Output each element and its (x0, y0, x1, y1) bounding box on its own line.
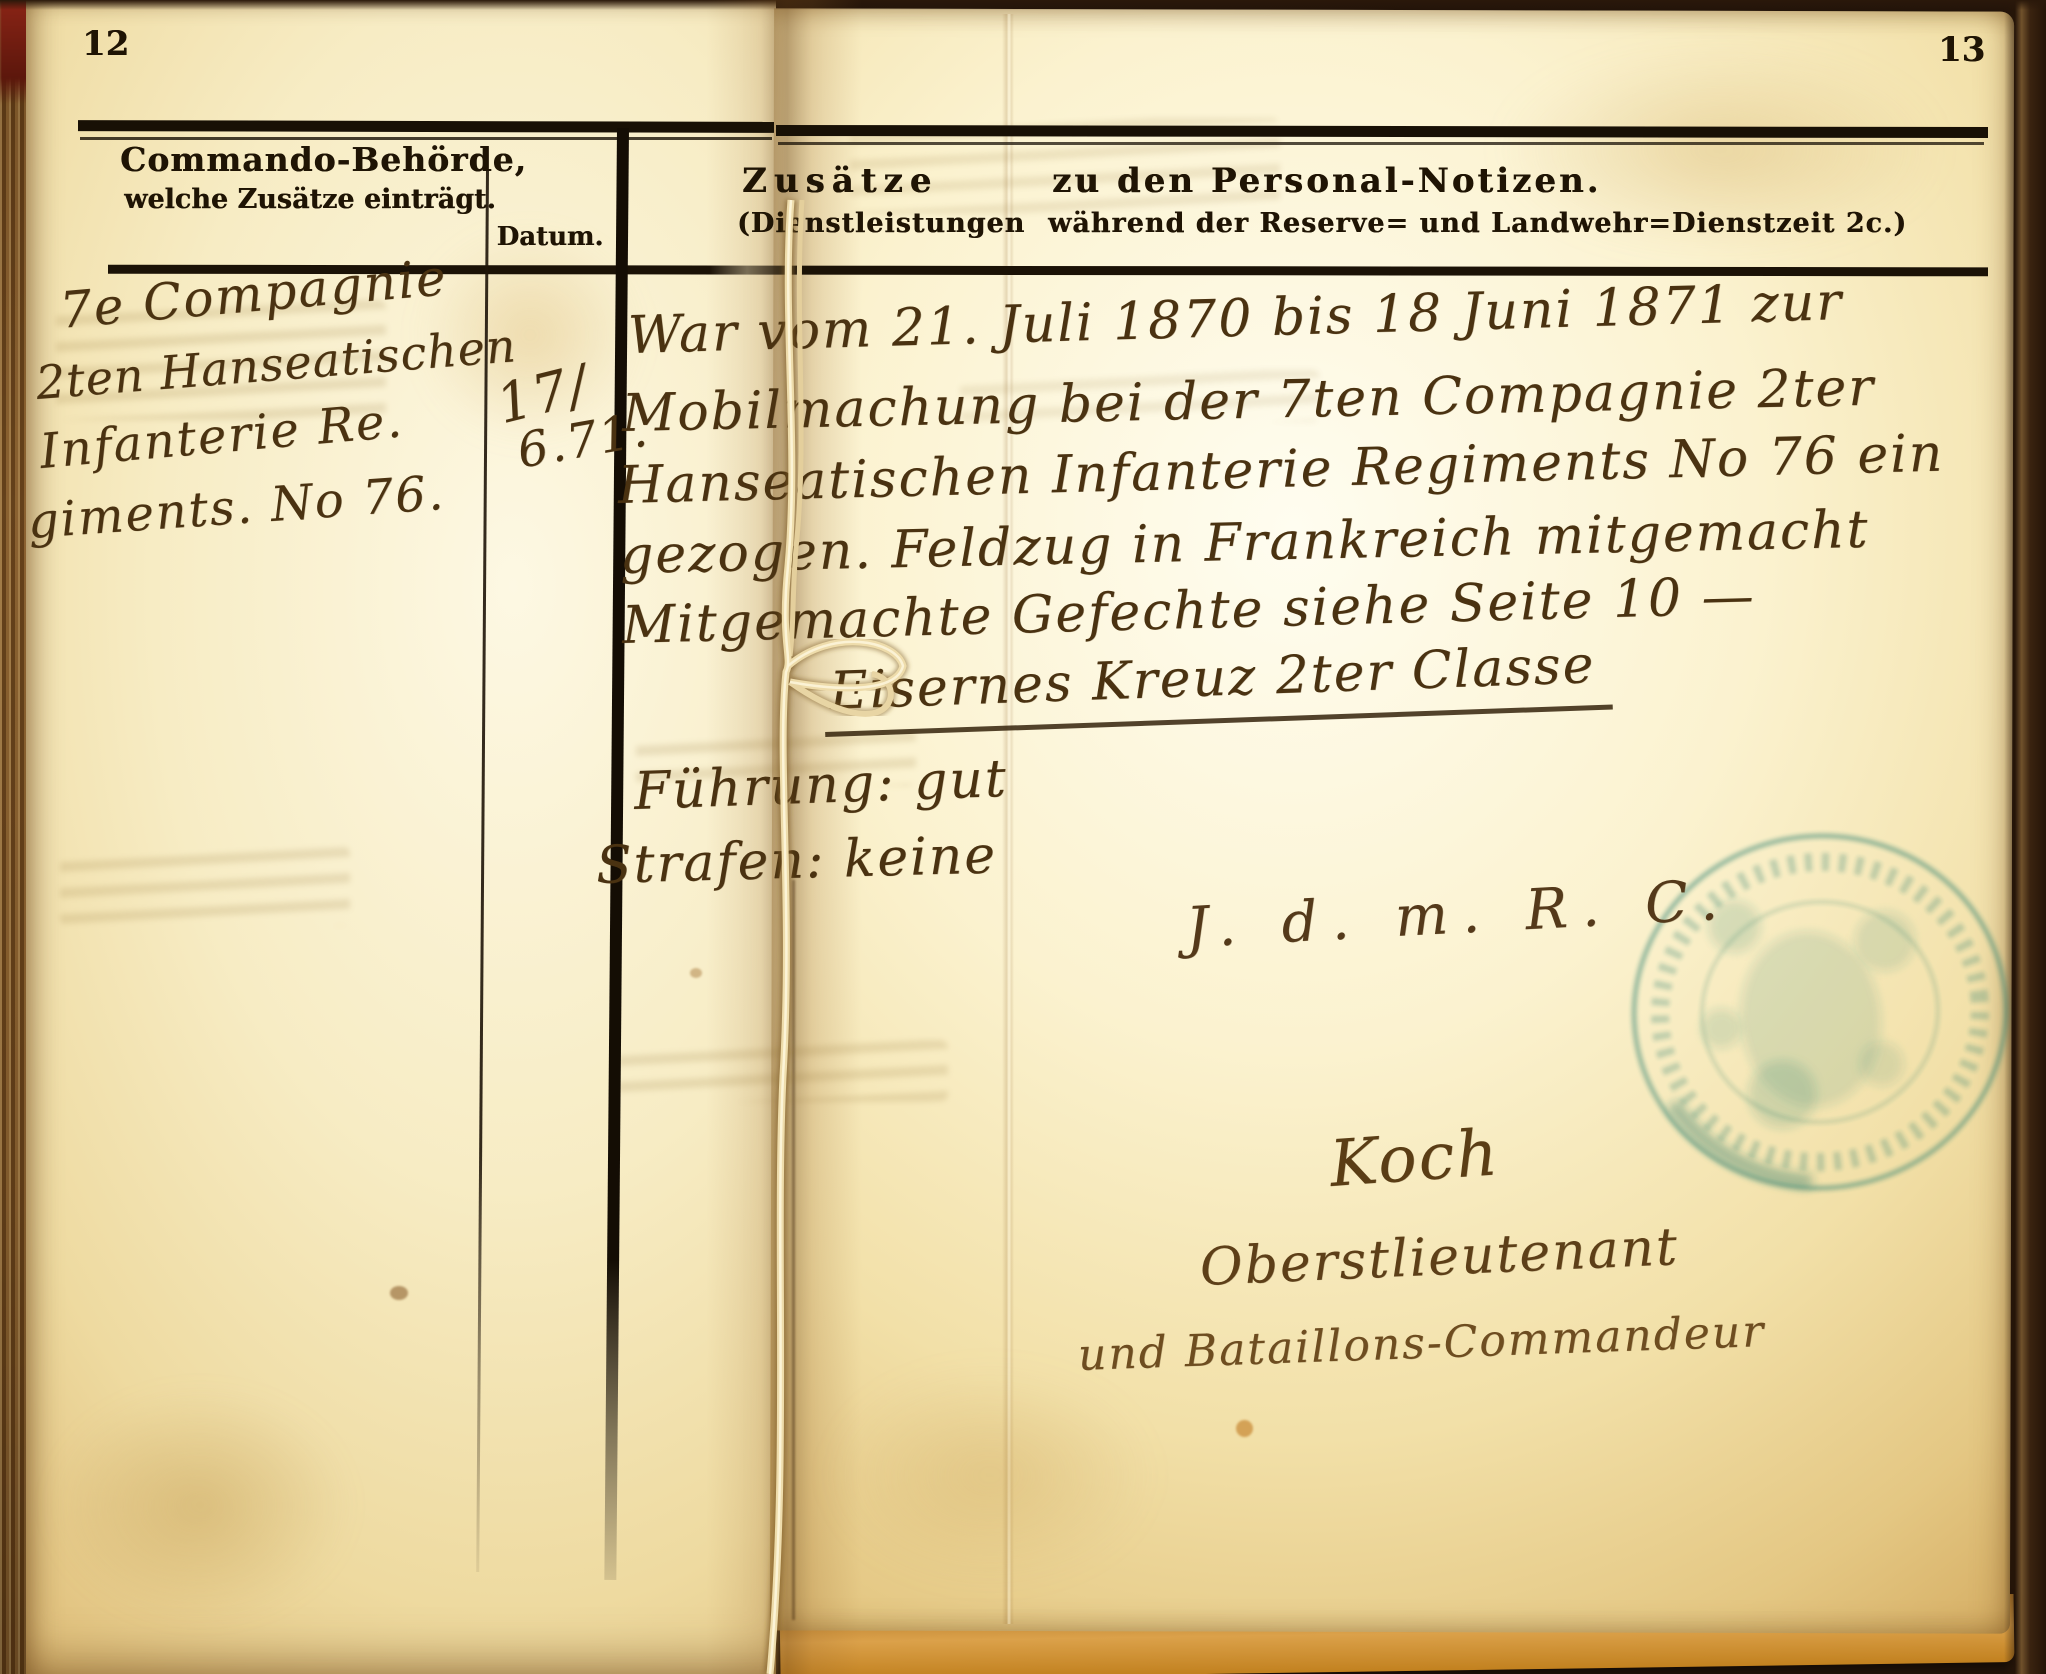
book-right-edge (2004, 0, 2046, 1674)
main-subheader-rest: während der Reserve= und Landwehr=Dienst… (1048, 208, 1907, 239)
page-number-right: 13 (1938, 30, 1985, 70)
militaerpass-scan: 12 13 Commando-Behörde, welche Zusätze e… (0, 0, 2046, 1674)
top-rule-thin-right-page (778, 142, 1984, 145)
book-top-edge-shadow (0, 0, 2046, 10)
top-rule-left-page (78, 120, 774, 133)
page-number-left: 12 (82, 24, 129, 64)
authority-column-header-line2: welche Zusätze einträgt. (120, 184, 500, 215)
top-rule-right-page (776, 125, 1988, 138)
main-header-rest: zu den Personal-Notizen. (1052, 161, 1602, 201)
authority-column-header-line1: Commando-Behörde, (120, 140, 500, 179)
bleedthrough-text-smudge (60, 846, 350, 926)
main-header-word: Zusätze (742, 161, 938, 201)
ink-speck (1236, 1420, 1253, 1437)
ink-speck (390, 1286, 408, 1300)
paper-stain (50, 1390, 350, 1620)
binding-string (736, 196, 966, 1674)
signature-name: Koch (1327, 1116, 1501, 1202)
ink-speck (690, 968, 702, 978)
datum-column-header: Datum. (494, 222, 606, 252)
